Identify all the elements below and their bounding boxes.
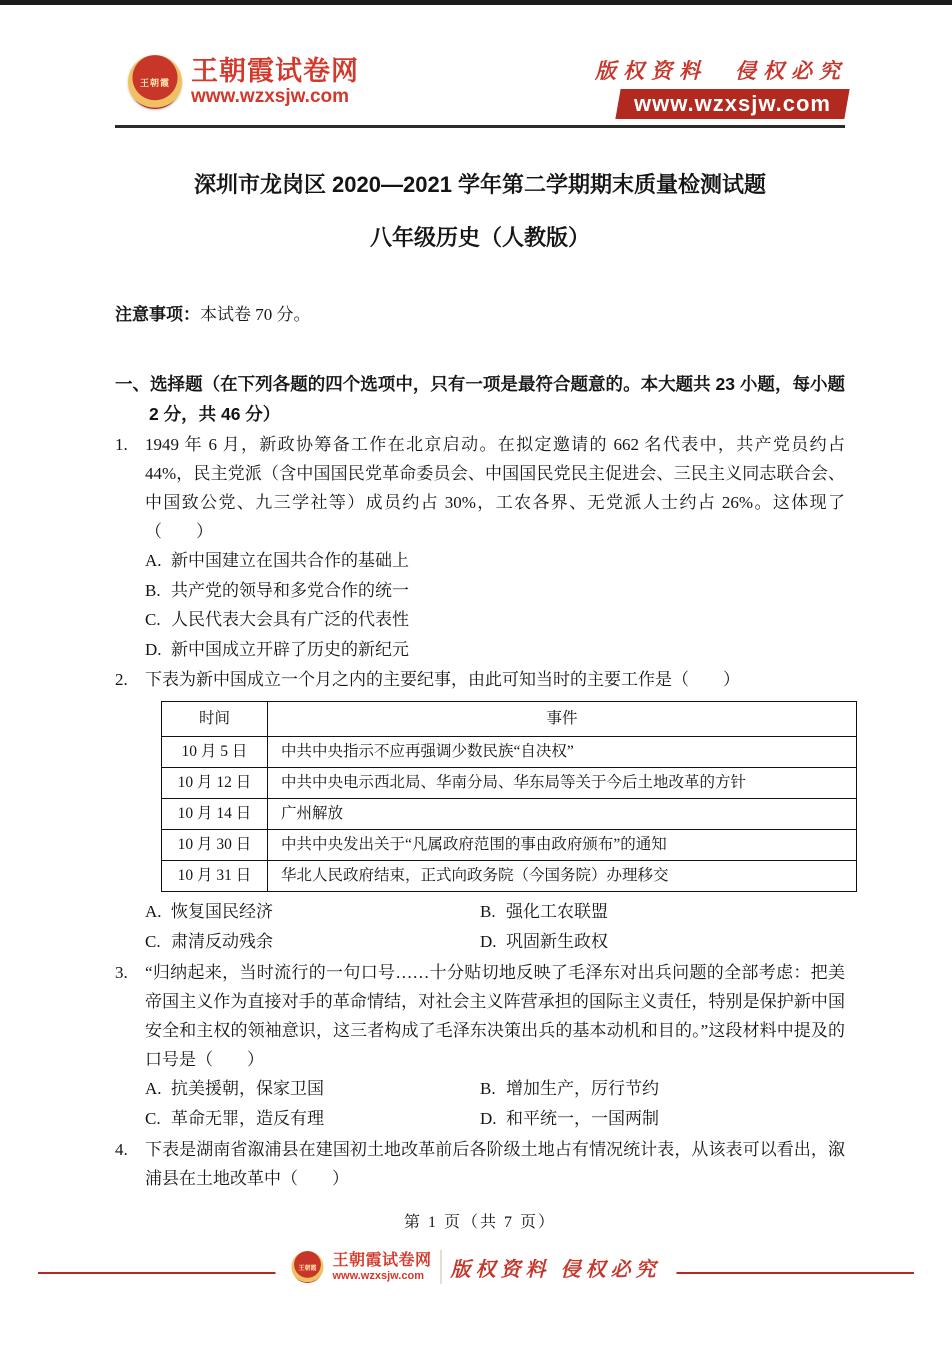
question-3: 3. “归纳起来，当时流行的一句口号……十分贴切地反映了毛泽东对出兵问题的全部考… <box>115 958 845 1134</box>
section-1-heading: 一、选择题（在下列各题的四个选项中，只有一项是最符合题意的。本大题共 23 小题… <box>115 369 845 429</box>
question-1-stem: 1949 年 6 月，新政协筹备工作在北京启动。在拟定邀请的 662 名代表中，… <box>145 430 845 546</box>
question-2-stem-row: 2. 下表为新中国成立一个月之内的主要纪事，由此可知当时的主要工作是（ ） <box>115 665 845 694</box>
option-3b-text: 增加生产，厉行节约 <box>506 1079 659 1098</box>
seal-text: 王朝霞 <box>140 76 170 89</box>
option-1d-label: D. <box>145 635 171 665</box>
footer-site-name: 王朝霞试卷网 <box>332 1253 431 1269</box>
question-2-stem: 下表为新中国成立一个月之内的主要纪事，由此可知当时的主要工作是（ ） <box>145 665 845 694</box>
option-3d-text: 和平统一，一国两制 <box>506 1109 659 1128</box>
footer-logo-divider <box>441 1250 442 1284</box>
exam-page-body: 深圳市龙岗区 2020—2021 学年第二学期期末质量检测试题 八年级历史（人教… <box>0 170 952 1232</box>
table-cell-time: 10 月 30 日 <box>162 830 268 861</box>
page-footer: 王朝霞 王朝霞试卷网 www.wzxsjw.com 版权资料 侵权必究 <box>0 1248 952 1308</box>
table-cell-event: 华北人民政府结束，正式向政务院（今国务院）办理移交 <box>268 861 857 892</box>
option-2a-label: A. <box>145 897 171 927</box>
footer-site-block: 王朝霞试卷网 www.wzxsjw.com <box>332 1253 431 1282</box>
option-1a-text: 新中国建立在国共合作的基础上 <box>171 551 409 570</box>
option-3c-text: 革命无罪，造反有理 <box>171 1109 324 1128</box>
option-2c-text: 肃清反动残余 <box>171 932 273 951</box>
option-1b-label: B. <box>145 576 171 606</box>
question-4: 4. 下表是湖南省溆浦县在建国初土地改革前后各阶级土地占有情况统计表，从该表可以… <box>115 1135 845 1193</box>
option-1d: D.新中国成立开辟了历史的新纪元 <box>145 635 845 665</box>
option-2b: B.强化工农联盟 <box>480 897 845 927</box>
question-4-stem: 下表是湖南省溆浦县在建国初土地改革前后各阶级土地占有情况统计表，从该表可以看出，… <box>145 1135 845 1193</box>
footer-logo: 王朝霞 王朝霞试卷网 www.wzxsjw.com 版权资料 侵权必究 <box>275 1250 676 1284</box>
option-1b-text: 共产党的领导和多党合作的统一 <box>171 581 409 600</box>
option-3a-text: 抗美援朝，保家卫国 <box>171 1079 324 1098</box>
table-header-time: 时间 <box>162 702 268 737</box>
exam-subtitle: 八年级历史（人教版） <box>115 223 845 253</box>
question-1-stem-row: 1. 1949 年 6 月，新政协筹备工作在北京启动。在拟定邀请的 662 名代… <box>115 430 845 546</box>
question-3-stem: “归纳起来，当时流行的一句口号……十分贴切地反映了毛泽东对出兵问题的全部考虑：把… <box>145 958 845 1074</box>
option-2c-label: C. <box>145 927 171 957</box>
option-1a: A.新中国建立在国共合作的基础上 <box>145 546 845 576</box>
url-banner-text: www.wzxsjw.com <box>634 91 831 117</box>
brand-seal-icon: 王朝霞 <box>128 55 182 109</box>
option-3b-label: B. <box>480 1074 506 1104</box>
option-2a: A.恢复国民经济 <box>145 897 480 927</box>
table-cell-event: 中共中央电示西北局、华南分局、华东局等关于今后土地改革的方针 <box>268 768 857 799</box>
option-1d-text: 新中国成立开辟了历史的新纪元 <box>171 640 409 659</box>
footer-seal-icon: 王朝霞 <box>291 1251 323 1283</box>
question-3-options: A.抗美援朝，保家卫国 B.增加生产，厉行节约 C.革命无罪，造反有理 D.和平… <box>145 1074 845 1134</box>
option-2d-text: 巩固新生政权 <box>506 932 608 951</box>
table-header-event: 事件 <box>268 702 857 737</box>
logo-text-block: 王朝霞试卷网 www.wzxsjw.com <box>191 57 359 107</box>
table-row: 10 月 31 日 华北人民政府结束，正式向政务院（今国务院）办理移交 <box>162 861 857 892</box>
option-1c: C.人民代表大会具有广泛的代表性 <box>145 605 845 635</box>
table-cell-time: 10 月 31 日 <box>162 861 268 892</box>
table-cell-time: 10 月 5 日 <box>162 737 268 768</box>
footer-slogan: 版权资料 侵权必究 <box>451 1253 661 1282</box>
question-4-stem-row: 4. 下表是湖南省溆浦县在建国初土地改革前后各阶级土地占有情况统计表，从该表可以… <box>115 1135 845 1193</box>
notice-text: 本试卷 70 分。 <box>200 305 311 324</box>
question-3-number: 3. <box>115 958 145 1074</box>
footer-site-url: www.wzxsjw.com <box>332 1271 431 1282</box>
option-2c: C.肃清反动残余 <box>145 927 480 957</box>
option-1a-label: A. <box>145 546 171 576</box>
question-1-options: A.新中国建立在国共合作的基础上 B.共产党的领导和多党合作的统一 C.人民代表… <box>145 546 845 664</box>
option-1c-text: 人民代表大会具有广泛的代表性 <box>171 610 409 629</box>
question-1: 1. 1949 年 6 月，新政协筹备工作在北京启动。在拟定邀请的 662 名代… <box>115 430 845 664</box>
question-2-table: 时间 事件 10 月 5 日 中共中央指示不应再强调少数民族“自决权” 10 月… <box>161 701 857 892</box>
header-right: 版权资料 侵权必究 www.wzxsjw.com <box>595 55 847 119</box>
table-header-row: 时间 事件 <box>162 702 857 737</box>
table-cell-event: 广州解放 <box>268 799 857 830</box>
table-cell-time: 10 月 12 日 <box>162 768 268 799</box>
question-4-number: 4. <box>115 1135 145 1193</box>
table-row: 10 月 12 日 中共中央电示西北局、华南分局、华东局等关于今后土地改革的方针 <box>162 768 857 799</box>
site-url: www.wzxsjw.com <box>191 87 359 107</box>
question-3-stem-row: 3. “归纳起来，当时流行的一句口号……十分贴切地反映了毛泽东对出兵问题的全部考… <box>115 958 845 1074</box>
option-3a: A.抗美援朝，保家卫国 <box>145 1074 480 1104</box>
notice-label: 注意事项： <box>115 305 200 324</box>
option-1c-label: C. <box>145 605 171 635</box>
option-3a-label: A. <box>145 1074 171 1104</box>
option-2b-text: 强化工农联盟 <box>506 902 608 921</box>
page-header: 王朝霞 王朝霞试卷网 www.wzxsjw.com 版权资料 侵权必究 www.… <box>128 55 847 119</box>
option-3b: B.增加生产，厉行节约 <box>480 1074 845 1104</box>
header-logo: 王朝霞 王朝霞试卷网 www.wzxsjw.com <box>128 55 359 109</box>
table-row: 10 月 14 日 广州解放 <box>162 799 857 830</box>
table-cell-event: 中共中央指示不应再强调少数民族“自决权” <box>268 737 857 768</box>
table-row: 10 月 30 日 中共中央发出关于“凡属政府范围的事由政府颁布”的通知 <box>162 830 857 861</box>
question-2-options: A.恢复国民经济 B.强化工农联盟 C.肃清反动残余 D.巩固新生政权 <box>145 897 845 957</box>
option-3c-label: C. <box>145 1104 171 1134</box>
page-number: 第 1 页（共 7 页） <box>115 1209 845 1232</box>
notice-line: 注意事项：本试卷 70 分。 <box>115 300 845 329</box>
question-2-number: 2. <box>115 665 145 694</box>
table-row: 10 月 5 日 中共中央指示不应再强调少数民族“自决权” <box>162 737 857 768</box>
url-banner: www.wzxsjw.com <box>615 89 849 119</box>
exam-title: 深圳市龙岗区 2020—2021 学年第二学期期末质量检测试题 <box>115 170 845 200</box>
option-2d: D.巩固新生政权 <box>480 927 845 957</box>
option-2b-label: B. <box>480 897 506 927</box>
site-name: 王朝霞试卷网 <box>191 57 359 85</box>
option-3d: D.和平统一，一国两制 <box>480 1104 845 1134</box>
option-2d-label: D. <box>480 927 506 957</box>
footer-seal-text: 王朝霞 <box>298 1263 316 1272</box>
option-1b: B.共产党的领导和多党合作的统一 <box>145 576 845 606</box>
table-cell-time: 10 月 14 日 <box>162 799 268 830</box>
table-cell-event: 中共中央发出关于“凡属政府范围的事由政府颁布”的通知 <box>268 830 857 861</box>
top-black-bar <box>0 0 952 5</box>
question-2: 2. 下表为新中国成立一个月之内的主要纪事，由此可知当时的主要工作是（ ） 时间… <box>115 665 845 957</box>
header-divider <box>115 125 845 128</box>
question-1-number: 1. <box>115 430 145 546</box>
option-3d-label: D. <box>480 1104 506 1134</box>
option-3c: C.革命无罪，造反有理 <box>145 1104 480 1134</box>
copyright-slogan: 版权资料 侵权必究 <box>595 55 847 85</box>
option-2a-text: 恢复国民经济 <box>171 902 273 921</box>
